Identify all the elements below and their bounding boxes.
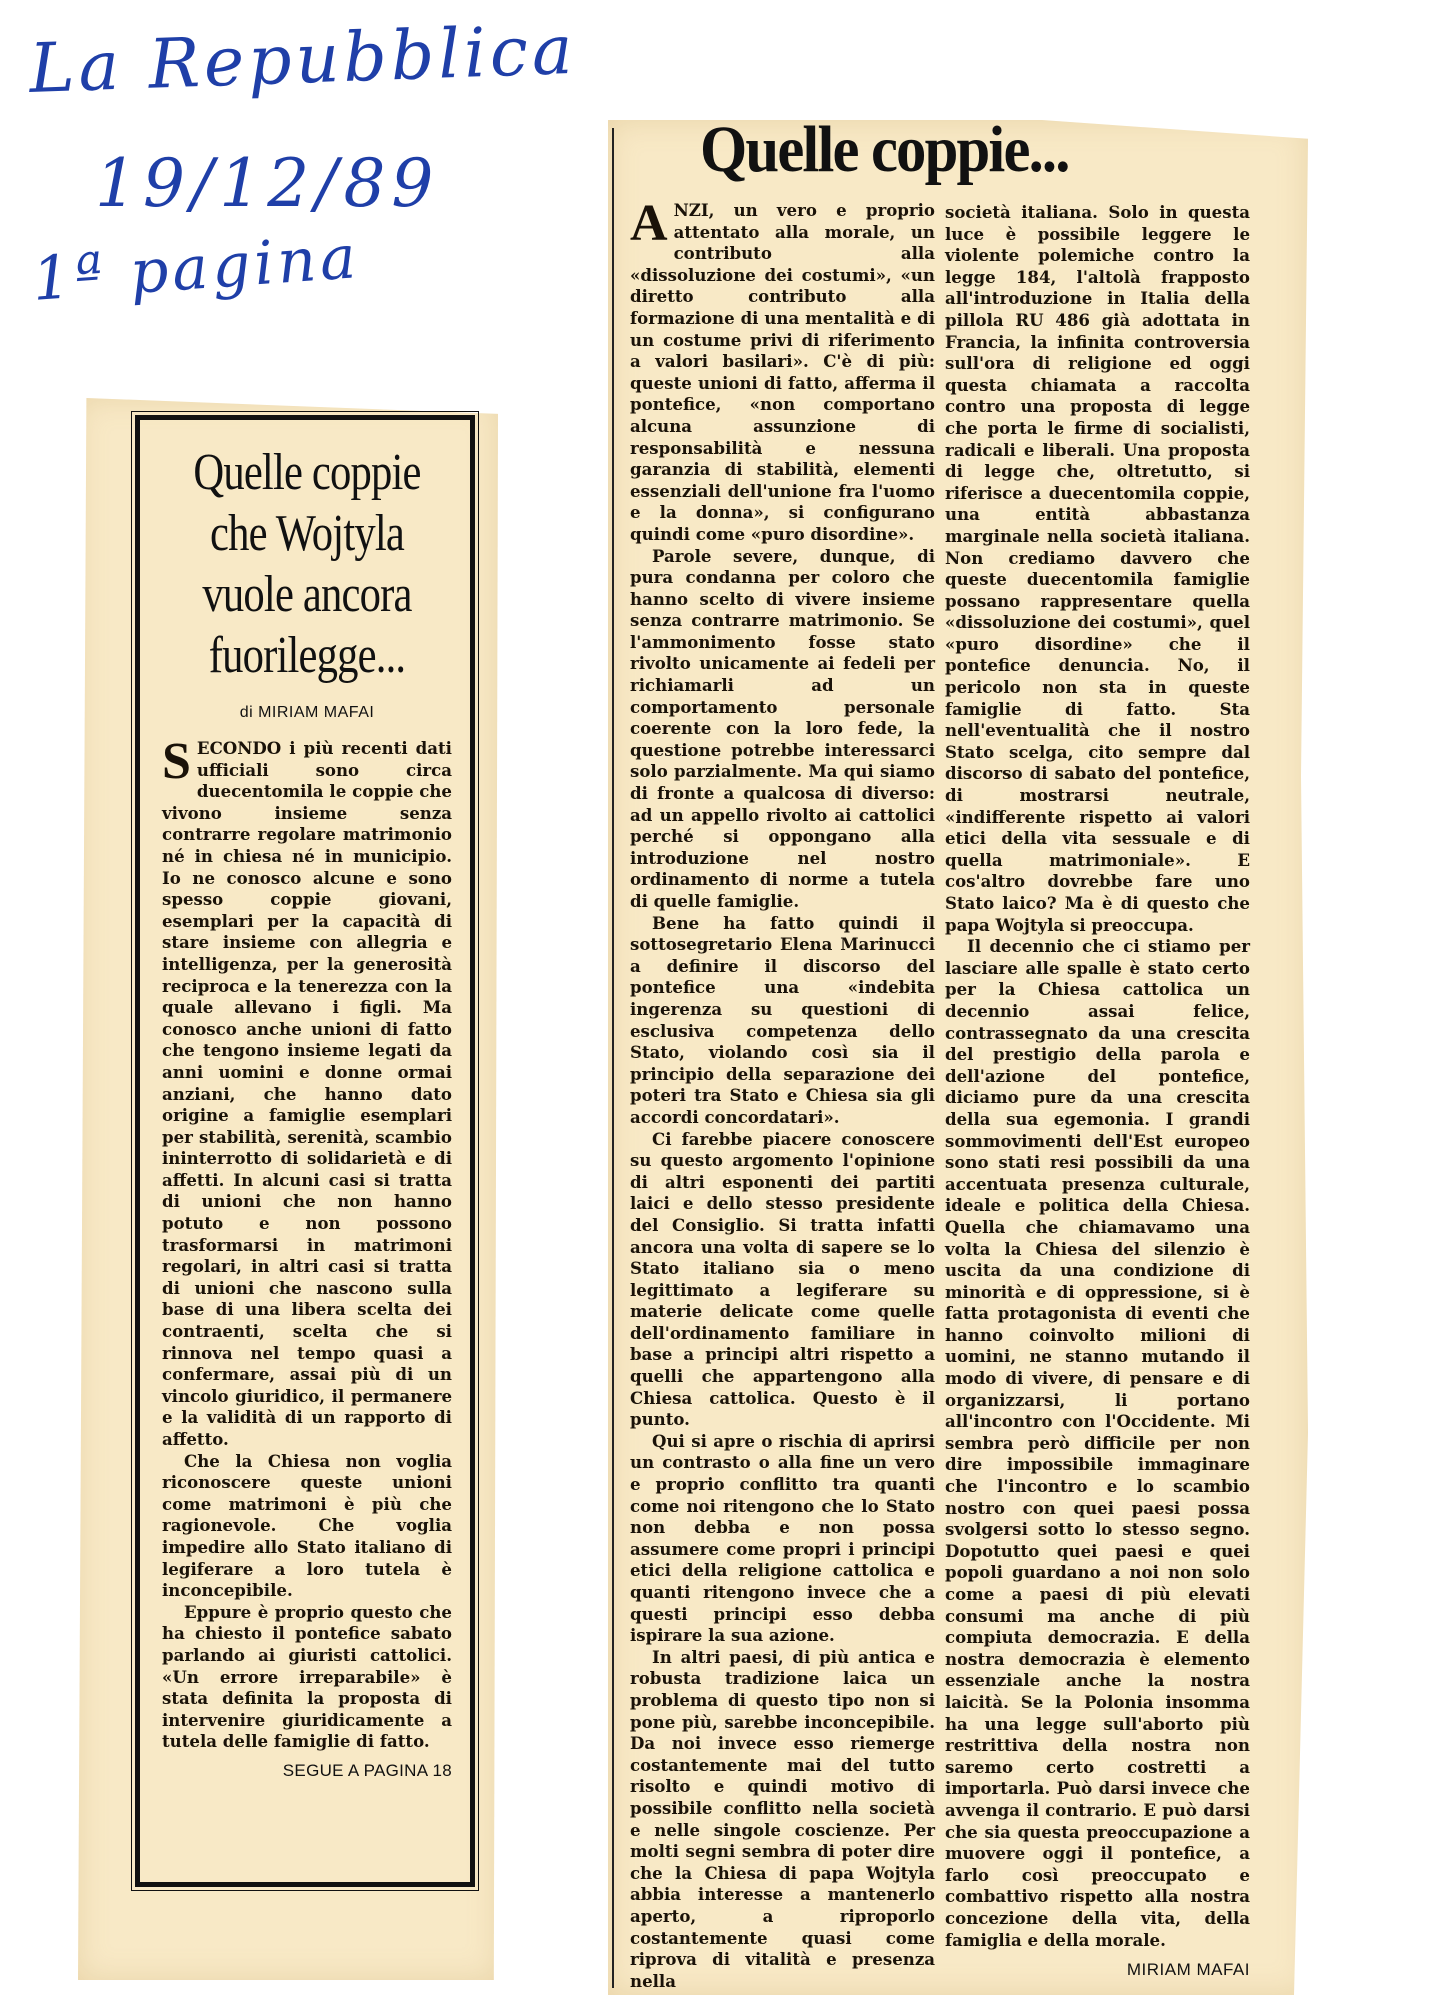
drop-cap: S: [162, 742, 191, 782]
drop-cap: A: [630, 204, 668, 244]
article-column-1: ANZI, un vero e proprio attentato alla m…: [630, 200, 935, 1992]
paragraph: Qui si apre o rischia di aprirsi un cont…: [630, 1431, 935, 1647]
paragraph: Parole severe, dunque, di pura condanna …: [630, 546, 935, 913]
paragraph: Che la Chiesa non voglia riconoscere que…: [162, 1451, 452, 1602]
column-rule: [612, 128, 614, 1988]
paragraph: società italiana. Solo in questa luce è …: [945, 202, 1250, 936]
continued-on-page: SEGUE A PAGINA 18: [162, 1761, 452, 1781]
byline: di MIRIAM MAFAI: [162, 704, 452, 722]
paragraph: SECONDO i più recenti dati ufficiali son…: [162, 738, 452, 1451]
paragraph: In altri paesi, di più antica e robusta …: [630, 1647, 935, 1993]
handwritten-publication: La Repubblica: [28, 11, 578, 109]
paragraph: Il decennio che ci stiamo per lasciare a…: [945, 936, 1250, 1951]
paragraph: Eppure è proprio questo che ha chiesto i…: [162, 1602, 452, 1753]
continuation-headline: Quelle coppie...: [700, 112, 1069, 188]
author-signature: MIRIAM MAFAI: [945, 1959, 1250, 1981]
handwritten-date: 19/12/89: [95, 145, 439, 222]
paragraph: Bene ha fatto quindi il sottosegretario …: [630, 913, 935, 1129]
paragraph: Ci farebbe piacere conoscere su questo a…: [630, 1129, 935, 1431]
article-column-2: società italiana. Solo in questa luce è …: [945, 202, 1250, 1981]
handwritten-page-note: 1ª pagina: [30, 222, 362, 315]
paragraph: ANZI, un vero e proprio attentato alla m…: [630, 200, 935, 546]
front-page-article-box: Quelle coppie che Wojtyla vuole ancora f…: [135, 415, 475, 1887]
front-page-headline: Quelle coppie che Wojtyla vuole ancora f…: [164, 442, 451, 686]
front-page-body: SECONDO i più recenti dati ufficiali son…: [162, 738, 452, 1753]
